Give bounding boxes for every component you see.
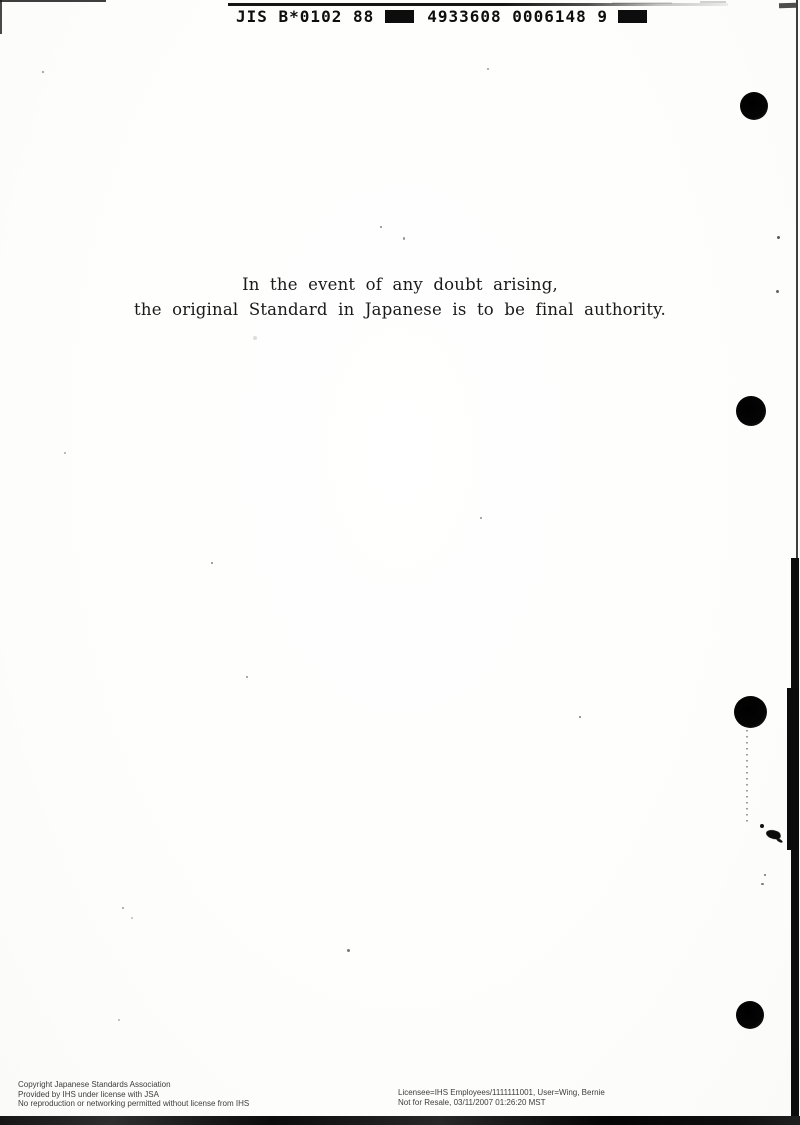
document-number-text: 4933608 0006148 9 — [427, 7, 608, 26]
right-edge-bar-wide — [787, 688, 799, 850]
scan-speck — [131, 917, 133, 919]
scan-speck — [118, 1019, 120, 1021]
top-edge-line — [0, 0, 106, 2]
scan-speck — [347, 949, 350, 952]
scan-speck — [380, 226, 382, 228]
copyright-line-1: Copyright Japanese Standards Association — [18, 1080, 249, 1090]
scan-artifact-dash — [700, 1, 726, 3]
binder-hole-4 — [736, 1001, 764, 1029]
authority-notice: In the event of any doubt arising, the o… — [0, 272, 800, 322]
scan-speck — [480, 517, 482, 519]
filled-block-mark — [618, 10, 647, 23]
copyright-line-2: Provided by IHS under license with JSA — [18, 1090, 249, 1100]
scan-artifact-dotted-trail — [746, 730, 748, 822]
license-line-1: Licensee=IHS Employees/1111111001, User=… — [398, 1088, 605, 1098]
scan-speck — [211, 562, 213, 564]
scan-speck — [777, 236, 780, 239]
copyright-line-3: No reproduction or networking permitted … — [18, 1099, 249, 1109]
standard-code-text: JIS B*0102 88 — [236, 7, 374, 26]
bottom-edge-scan-bar — [0, 1116, 800, 1125]
ink-smudge-tail — [776, 837, 784, 843]
binder-hole-2 — [736, 396, 766, 426]
scan-speck — [42, 71, 44, 73]
scan-artifact-corner-mark — [779, 3, 796, 9]
license-line-2: Not for Resale, 03/11/2007 01:26:20 MST — [398, 1098, 605, 1108]
notice-line-1: In the event of any doubt arising, — [0, 272, 800, 297]
left-edge-line — [0, 0, 2, 34]
scan-speck — [579, 716, 581, 718]
scan-speck — [487, 68, 489, 70]
scan-speck — [403, 237, 405, 240]
filled-block-mark — [385, 10, 414, 23]
ink-smudge-dot — [760, 824, 764, 828]
right-edge-line — [796, 0, 798, 562]
scan-speck — [776, 290, 779, 293]
scan-speck — [253, 336, 257, 340]
binder-hole-3 — [734, 696, 767, 728]
scanned-document-page: JIS B*0102 88 4933608 0006148 9 In the e… — [0, 0, 800, 1125]
notice-line-2: the original Standard in Japanese is to … — [0, 297, 800, 322]
scan-speck — [761, 883, 764, 885]
document-header-code-line: JIS B*0102 88 4933608 0006148 9 — [236, 7, 647, 26]
copyright-notice: Copyright Japanese Standards Association… — [18, 1080, 249, 1109]
scan-speck — [246, 676, 248, 678]
scan-artifact-dash — [612, 2, 672, 4]
scan-speck — [764, 874, 766, 876]
scan-speck — [122, 907, 124, 909]
binder-hole-1 — [740, 92, 768, 120]
license-notice: Licensee=IHS Employees/1111111001, User=… — [398, 1088, 605, 1107]
scan-speck — [64, 452, 66, 454]
